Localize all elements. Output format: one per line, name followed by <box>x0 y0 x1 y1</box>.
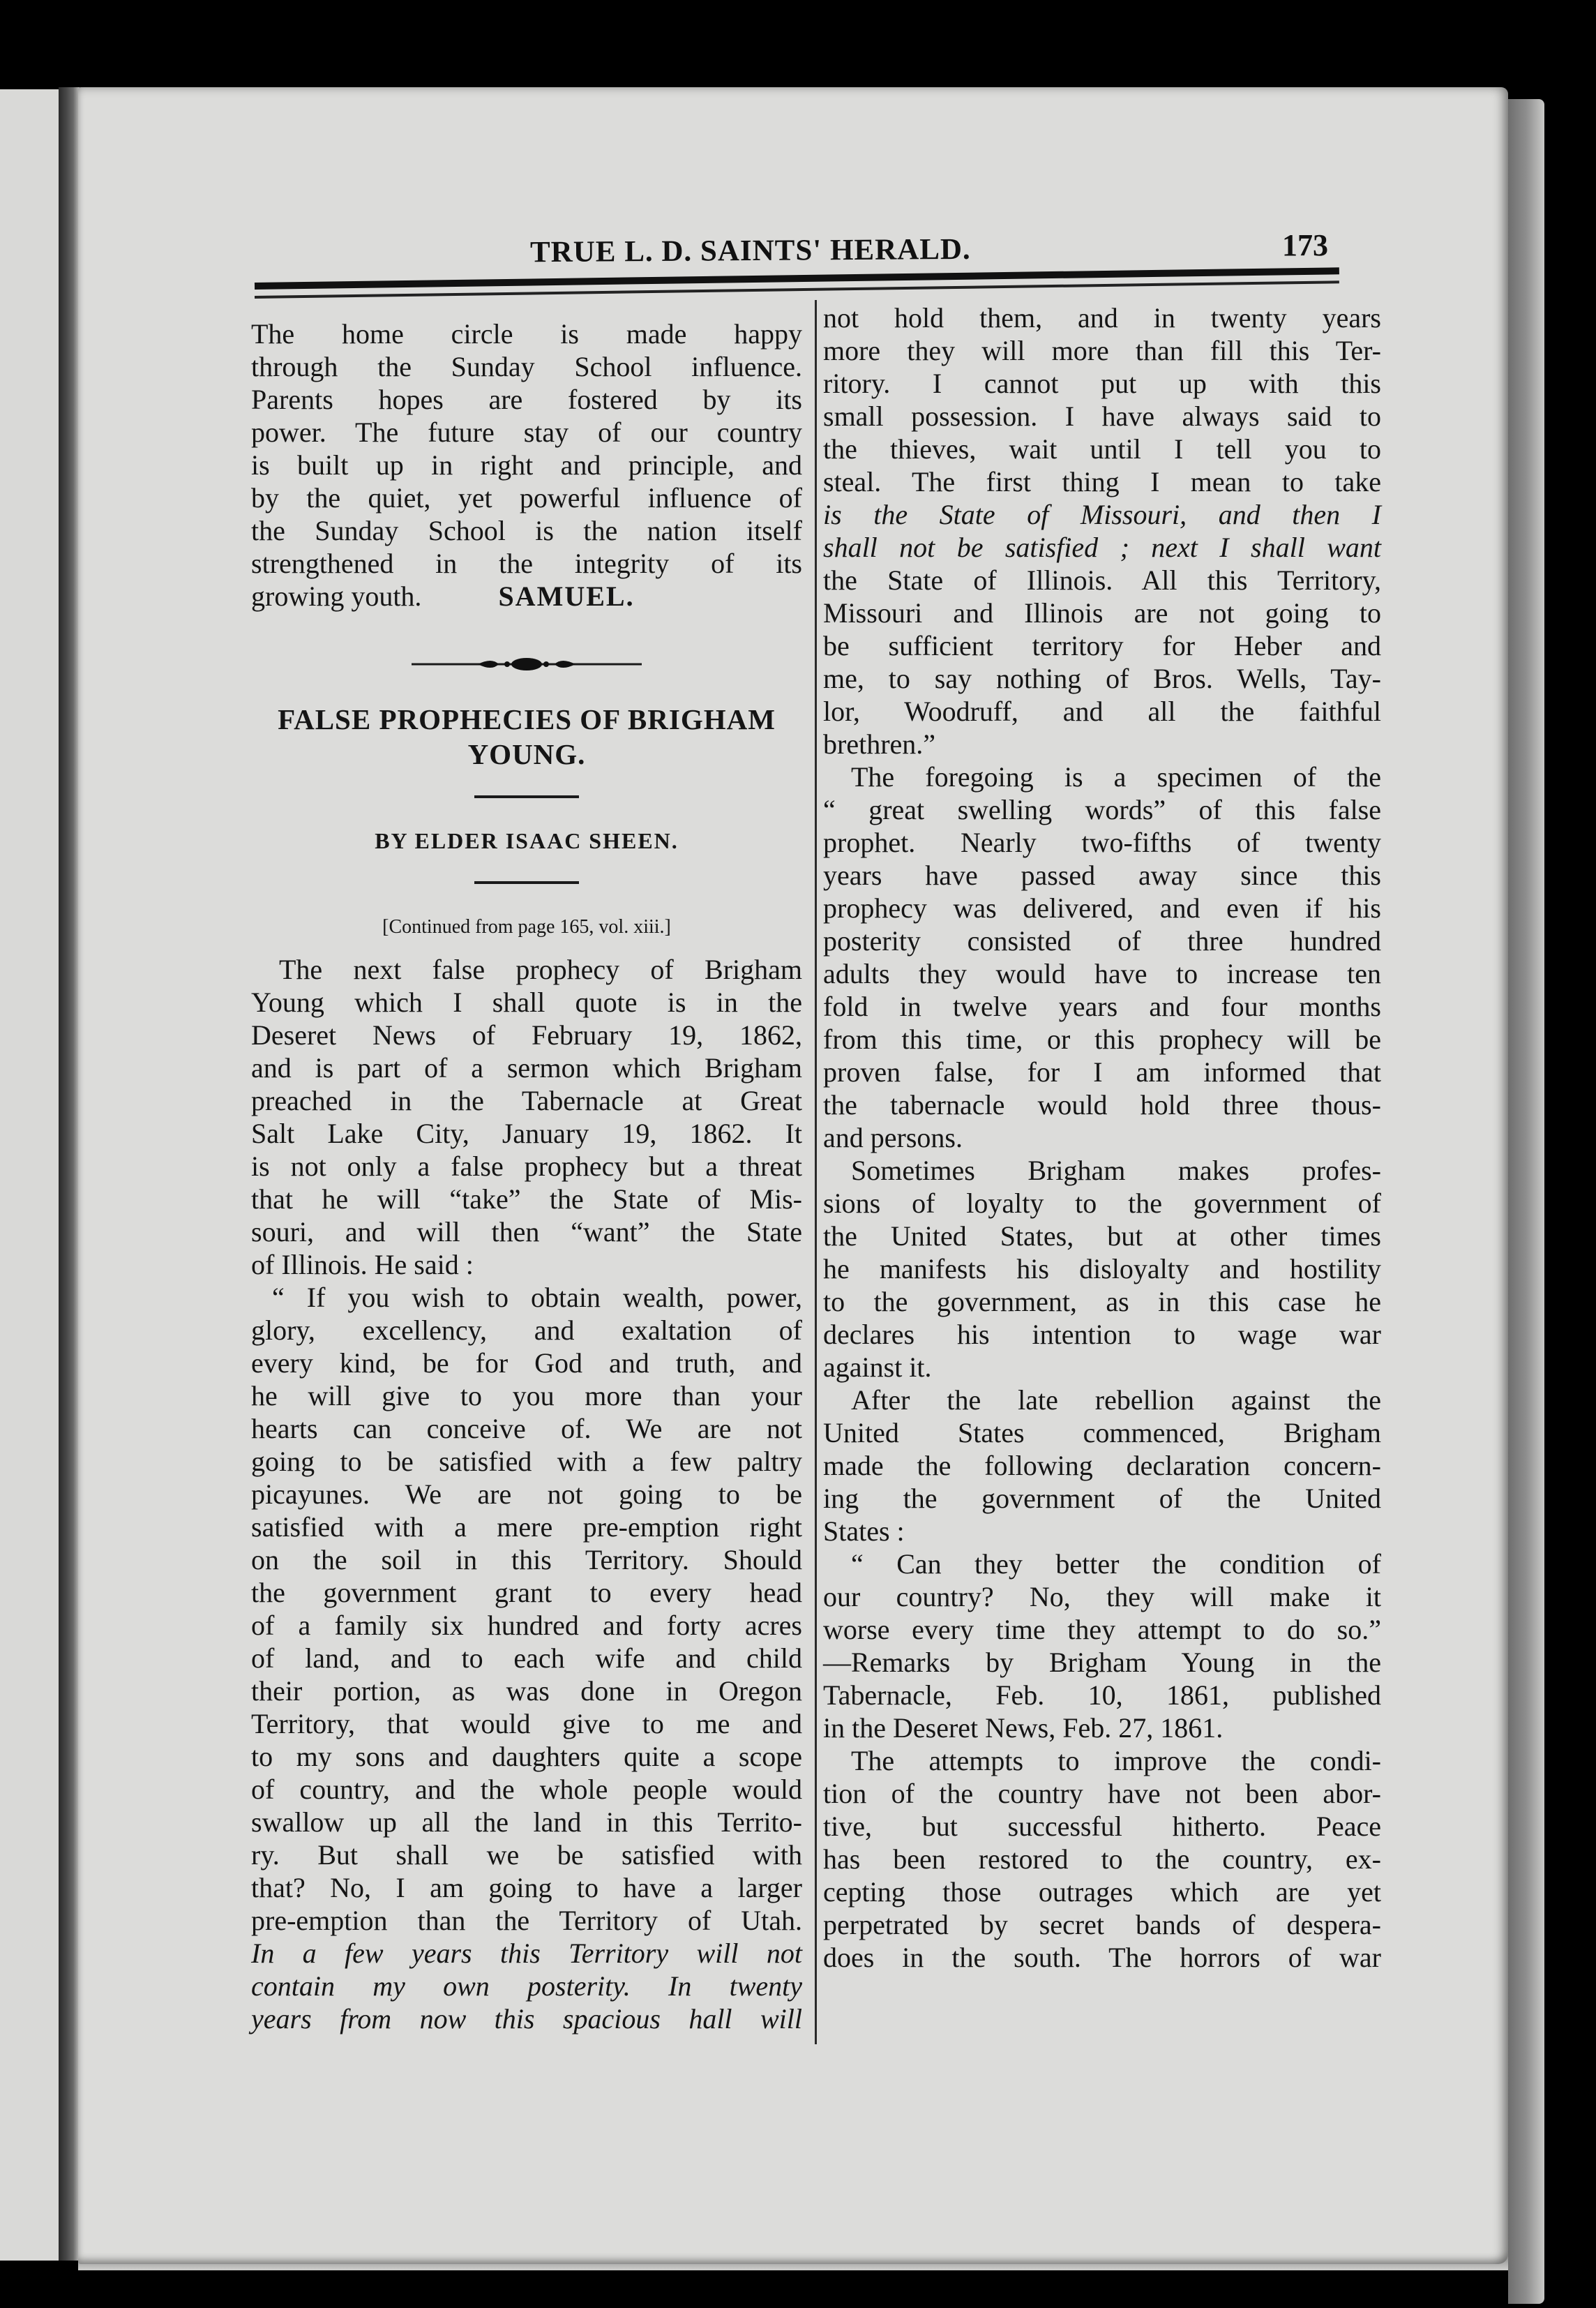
text-line: does in the south. The horrors of war <box>823 1941 1381 1974</box>
text-line: After the late rebellion against the <box>823 1384 1381 1416</box>
text-line: of a family six hundred and forty acres <box>251 1609 802 1642</box>
text-line: that? No, I am going to have a larger <box>251 1871 802 1904</box>
text-line: strengthened in the integrity of its <box>251 547 802 580</box>
text-fragment: growing youth. <box>251 580 421 612</box>
text-line: tion of the country have not been abor- <box>823 1777 1381 1810</box>
text-line: the United States, but at other times <box>823 1220 1381 1252</box>
article-paragraph-1: The next false prophecy of Brigham Young… <box>251 953 802 1281</box>
text-line: picayunes. We are not going to be <box>251 1478 802 1511</box>
article-title: FALSE PROPHECIES OF BRIGHAM YOUNG. <box>251 702 802 772</box>
text-line: be sufficient territory for Heber and <box>823 629 1381 662</box>
short-rule <box>474 881 579 884</box>
text-line: growing youth.SAMUEL. <box>251 580 802 613</box>
column-divider <box>815 300 817 2044</box>
running-title: TRUE L. D. SAINTS' HERALD. <box>530 232 971 269</box>
text-line: The attempts to improve the condi- <box>823 1744 1381 1777</box>
text-line: ing the government of the United <box>823 1482 1381 1515</box>
text-line: worse every time they attempt to do so.” <box>823 1613 1381 1646</box>
text-line: tive, but successful hitherto. Peace <box>823 1810 1381 1843</box>
text-line-italic: is the State of Missouri, and then I <box>823 498 1381 531</box>
text-line: Salt Lake City, January 19, 1862. It <box>251 1117 802 1150</box>
text-line: prophecy was delivered, and even if his <box>823 892 1381 924</box>
text-line: United States commenced, Brigham <box>823 1416 1381 1449</box>
text-line: of land, and to each wife and child <box>251 1642 802 1674</box>
text-line: not hold them, and in twenty years <box>823 301 1381 334</box>
article-title-line: FALSE PROPHECIES OF BRIGHAM <box>251 702 802 737</box>
text-line: through the Sunday School influence. <box>251 350 802 383</box>
text-line: preached in the Tabernacle at Great <box>251 1084 802 1117</box>
article-paragraph-5: The attempts to improve the condi- tion … <box>823 1744 1381 1974</box>
right-column: not hold them, and in twenty years more … <box>823 301 1381 1974</box>
text-line: hearts can conceive of. We are not <box>251 1412 802 1445</box>
text-line: the government grant to every head <box>251 1576 802 1609</box>
text-line: going to be satisfied with a few paltry <box>251 1445 802 1478</box>
text-line: Young which I shall quote is in the <box>251 986 802 1019</box>
text-line: brethren.” <box>823 728 1381 760</box>
text-line: cepting those outrages which are yet <box>823 1875 1381 1908</box>
text-line: Sometimes Brigham makes profes- <box>823 1154 1381 1187</box>
text-line: Tabernacle, Feb. 10, 1861, published <box>823 1679 1381 1711</box>
text-line: —Remarks by Brigham Young in the <box>823 1646 1381 1679</box>
text-line: pre-emption than the Territory of Utah. <box>251 1904 802 1937</box>
text-line: The foregoing is a specimen of the <box>823 760 1381 793</box>
text-line: the tabernacle would hold three thous- <box>823 1088 1381 1121</box>
left-column: The home circle is made happy through th… <box>251 317 802 2035</box>
text-line: power. The future stay of our country <box>251 416 802 449</box>
text-line: on the soil in this Territory. Should <box>251 1543 802 1576</box>
text-line: to my sons and daughters quite a scope <box>251 1740 802 1773</box>
text-line: of country, and the whole people would <box>251 1773 802 1806</box>
text-line: the State of Illinois. All this Territor… <box>823 564 1381 597</box>
text-line-italic: years from now this spacious hall will <box>251 2002 802 2035</box>
text-line: he manifests his disloyalty and hostilit… <box>823 1252 1381 1285</box>
text-line: in the Deseret News, Feb. 27, 1861. <box>823 1711 1381 1744</box>
ornamental-divider-icon <box>412 656 642 673</box>
text-line: “ great swelling words” of this false <box>823 793 1381 826</box>
text-line: sions of loyalty to the government of <box>823 1187 1381 1220</box>
text-line: swallow up all the land in this Territo- <box>251 1806 802 1838</box>
text-line-italic: shall not be satisfied ; next I shall wa… <box>823 531 1381 564</box>
text-line: satisfied with a mere pre-emption right <box>251 1511 802 1543</box>
text-line: The next false prophecy of Brigham <box>251 953 802 986</box>
text-line: adults they would have to increase ten <box>823 957 1381 990</box>
short-rule <box>474 795 579 798</box>
text-line: the thieves, wait until I tell you to <box>823 433 1381 465</box>
text-line: glory, excellency, and exaltation of <box>251 1314 802 1347</box>
book-gutter <box>59 87 80 2261</box>
text-line: posterity consisted of three hundred <box>823 924 1381 957</box>
text-line: by the quiet, yet powerful influence of <box>251 481 802 514</box>
page-stack-edge-right <box>1508 99 1544 2304</box>
text-line: is built up in right and principle, and <box>251 449 802 481</box>
text-line: States : <box>823 1515 1381 1548</box>
text-line: small possession. I have always said to <box>823 400 1381 433</box>
brigham-quote-continuation: not hold them, and in twenty years more … <box>823 301 1381 760</box>
text-line: against it. <box>823 1351 1381 1384</box>
text-line: ritory. I cannot put up with this <box>823 367 1381 400</box>
continued-note: [Continued from page 165, vol. xiii.] <box>251 911 802 943</box>
text-line: the Sunday School is the nation itself <box>251 514 802 547</box>
text-line: Territory, that would give to me and <box>251 1707 802 1740</box>
sunday-school-paragraph: The home circle is made happy through th… <box>251 317 802 613</box>
text-line: souri, and will then “want” the State <box>251 1215 802 1248</box>
article-title-line: YOUNG. <box>251 737 802 772</box>
text-line: their portion, as was done in Oregon <box>251 1674 802 1707</box>
text-line: has been restored to the country, ex- <box>823 1843 1381 1875</box>
author-signature: SAMUEL. <box>498 580 634 613</box>
government-quote: “ Can they better the condition of our c… <box>823 1548 1381 1744</box>
text-line: fold in twelve years and four months <box>823 990 1381 1023</box>
text-line: proven false, for I am informed that <box>823 1056 1381 1088</box>
text-line: declares his intention to wage war <box>823 1318 1381 1351</box>
article-byline: BY ELDER ISAAC SHEEN. <box>251 825 802 857</box>
text-line: ry. But shall we be satisfied with <box>251 1838 802 1871</box>
text-line: Missouri and Illinois are not going to <box>823 597 1381 629</box>
text-line: from this time, or this prophecy will be <box>823 1023 1381 1056</box>
article-paragraph-4: After the late rebellion against the Uni… <box>823 1384 1381 1548</box>
text-line: more they will more than fill this Ter- <box>823 334 1381 367</box>
brigham-quote-paragraph: “ If you wish to obtain wealth, power, g… <box>251 1281 802 2035</box>
text-line-italic: In a few years this Territory will not <box>251 1937 802 1970</box>
text-line: to the government, as in this case he <box>823 1285 1381 1318</box>
text-line: “ Can they better the condition of <box>823 1548 1381 1580</box>
text-line: that he will “take” the State of Mis- <box>251 1183 802 1215</box>
text-line: and is part of a sermon which Brigham <box>251 1051 802 1084</box>
text-line: lor, Woodruff, and all the faithful <box>823 695 1381 728</box>
text-line: is not only a false prophecy but a threa… <box>251 1150 802 1183</box>
page-number: 173 <box>1282 227 1328 263</box>
text-line: Deseret News of February 19, 1862, <box>251 1019 802 1051</box>
text-line: prophet. Nearly two-fifths of twenty <box>823 826 1381 859</box>
article-paragraph-3: Sometimes Brigham makes profes- sions of… <box>823 1154 1381 1384</box>
text-line: of Illinois. He said : <box>251 1248 802 1281</box>
text-line: steal. The first thing I mean to take <box>823 465 1381 498</box>
text-line: and persons. <box>823 1121 1381 1154</box>
text-line: “ If you wish to obtain wealth, power, <box>251 1281 802 1314</box>
text-line: me, to say nothing of Bros. Wells, Tay- <box>823 662 1381 695</box>
text-line: every kind, be for God and truth, and <box>251 1347 802 1379</box>
facing-page-edge <box>0 89 59 2261</box>
text-line-italic: contain my own posterity. In twenty <box>251 1970 802 2002</box>
text-line: he will give to you more than your <box>251 1379 802 1412</box>
text-line: perpetrated by secret bands of despera- <box>823 1908 1381 1941</box>
text-line: Parents hopes are fostered by its <box>251 383 802 416</box>
text-line: The home circle is made happy <box>251 317 802 350</box>
article-paragraph-2: The foregoing is a specimen of the “ gre… <box>823 760 1381 1154</box>
text-line: years have passed away since this <box>823 859 1381 892</box>
text-line: our country? No, they will make it <box>823 1580 1381 1613</box>
text-line: made the following declaration concern- <box>823 1449 1381 1482</box>
